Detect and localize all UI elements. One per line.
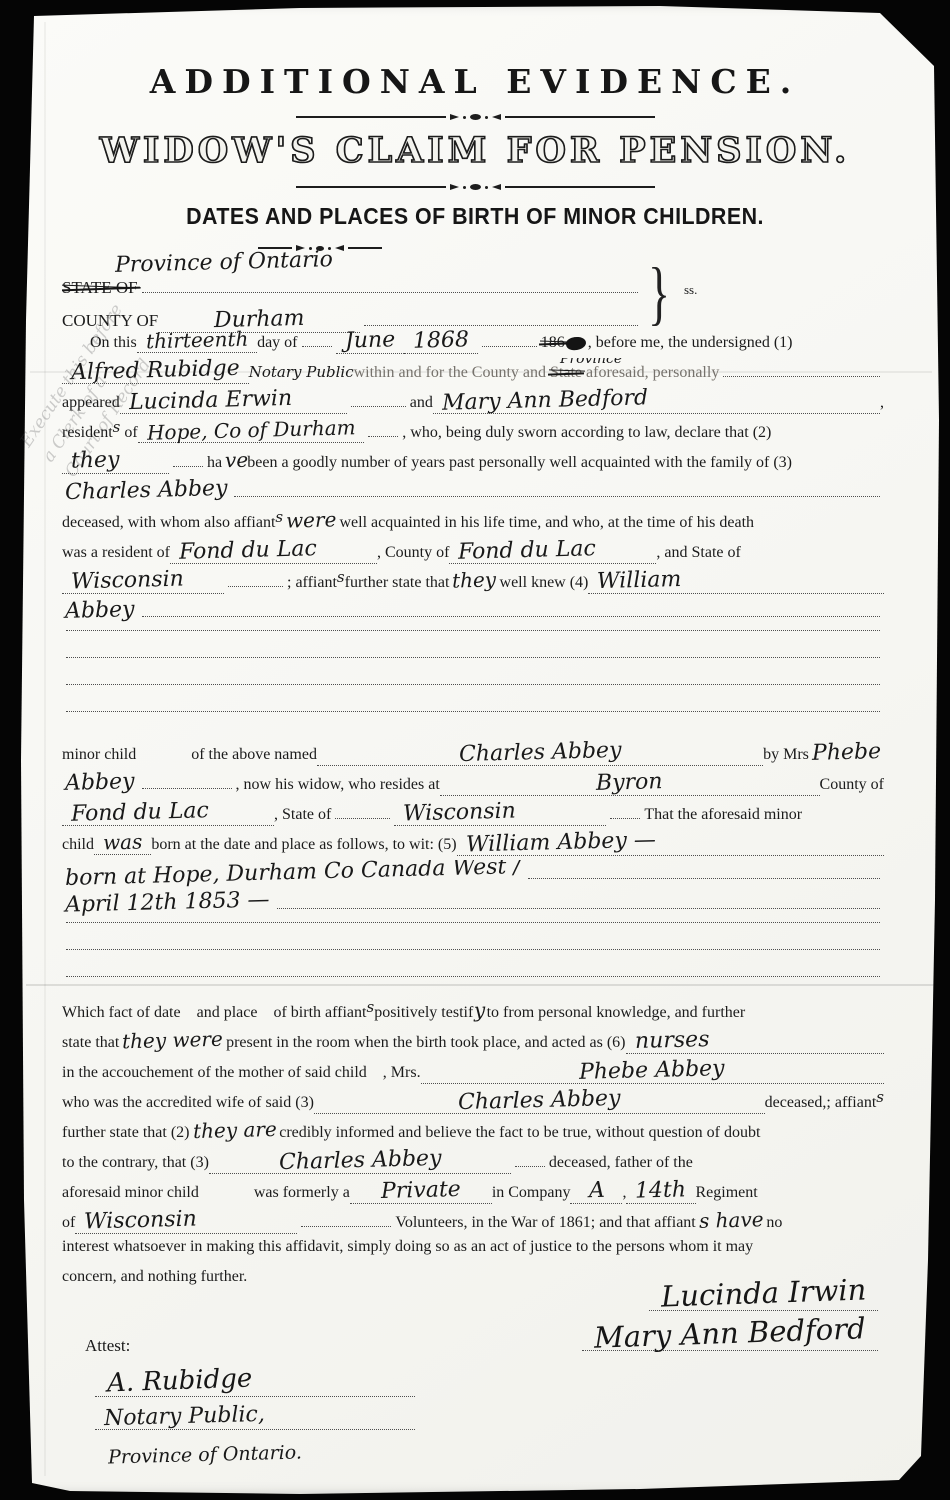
handwritten-entry: born at Hope, Durham Co Canada West / (62, 860, 524, 890)
handwritten-entry: Byron (593, 770, 666, 796)
handwritten-entry: Wisconsin (68, 568, 187, 595)
dotted-blank (66, 657, 880, 658)
printed-text: deceased,; affiant (765, 1094, 877, 1112)
printed-text: of (62, 1214, 75, 1232)
printed-text: concern, and nothing further. (62, 1268, 247, 1286)
handwritten-entry: Alfred Rubidge (68, 358, 243, 385)
handwritten-entry: s (366, 998, 374, 1016)
handwritten-entry: 14th (632, 1178, 690, 1204)
handwritten-entry: Fond du Lac (176, 538, 320, 565)
printed-text: resident (62, 424, 113, 442)
printed-text: minor child (62, 746, 136, 764)
printed-text: That the aforesaid minor (644, 806, 802, 824)
handwritten-entry: they (68, 448, 123, 474)
dotted-blank (302, 346, 332, 347)
handwritten-entry: Lucinda Erwin (125, 388, 295, 415)
dotted-blank (66, 684, 880, 685)
printed-text: in Company (492, 1184, 571, 1202)
handwritten-entry: Province (560, 358, 622, 367)
printed-text: further state that (345, 574, 450, 592)
printed-text: to from personal knowledge, and further (487, 1004, 746, 1022)
dotted-blank (66, 630, 880, 631)
handwritten-entry: Hope, Co of Durham (143, 418, 358, 445)
handwritten-entry: William Abbey — (462, 830, 658, 858)
printed-text: of (124, 424, 137, 442)
dotted-blank (66, 922, 880, 923)
dotted-blank (528, 878, 880, 879)
printed-text: , State of (274, 806, 331, 824)
printed-text: to the contrary, that (3) (62, 1154, 209, 1172)
handwritten-entry: ve (222, 448, 252, 472)
printed-text: Which fact of date (62, 1004, 181, 1022)
handwritten-entry: Fond du Lac (68, 800, 212, 827)
handwritten-entry: Charles Abbey (455, 1088, 624, 1115)
printed-text: in the accouchement of the mother of sai… (62, 1064, 367, 1082)
dotted-blank (66, 711, 880, 712)
printed-text: deceased, father of the (549, 1154, 693, 1172)
printed-text: County of (820, 776, 884, 794)
printed-text: appeared (62, 394, 120, 412)
printed-text: , County of (377, 544, 449, 562)
handwritten-entry: nurses (631, 1028, 712, 1054)
printed-text: day of (257, 334, 297, 352)
printed-text: Volunteers, in the War of 1861; and that… (395, 1214, 695, 1232)
printed-text: deceased, with whom also affiant (62, 514, 275, 532)
dotted-blank (142, 616, 880, 617)
handwritten-entry: Charles Abbey (275, 1148, 444, 1175)
printed-text: of the above named (191, 746, 317, 764)
handwritten-entry: they (449, 568, 500, 593)
handwritten-entry: Private (378, 1178, 464, 1204)
signature: Mary Ann Bedford (588, 1311, 873, 1355)
printed-text: present in the room when the birth took … (226, 1034, 625, 1052)
printed-text: ss. (684, 282, 697, 298)
notary-block: A. Rubidge Notary Public, Province of On… (95, 1366, 415, 1478)
handwritten-entry: thirteenth (142, 328, 251, 353)
handwritten-entry: Mary Ann Bedford (439, 388, 652, 416)
handwritten-entry: 1868 (409, 328, 472, 354)
printed-text: child (62, 836, 94, 854)
printed-text: further state that (2) (62, 1124, 190, 1142)
handwritten-entry: Province of Ontario. (105, 1444, 305, 1469)
printed-text: , before me, the undersigned (1) (588, 334, 793, 352)
fold-crease (44, 22, 46, 1476)
printed-text: , (880, 394, 884, 412)
handwritten-entry: they were (119, 1028, 226, 1053)
printed-text: and (410, 394, 433, 412)
signature: A. Rubidge (101, 1366, 259, 1399)
jurat-block: Province of Ontario STATE OF COUNTY OF D… (62, 250, 642, 338)
printed-text: by Mrs (763, 746, 809, 764)
handwritten-entry: Notary Public, (101, 1404, 268, 1431)
printed-text: STATE OF (62, 278, 138, 298)
dotted-blank (228, 586, 283, 587)
printed-text: credibly informed and believe the fact t… (279, 1124, 760, 1142)
divider-ornament (0, 114, 950, 120)
form-subtitle: WIDOW'S CLAIM FOR PENSION. (0, 130, 950, 171)
printed-text: , now his widow, who resides at (236, 776, 440, 794)
handwritten-entry: was (100, 830, 146, 855)
printed-text: and place (197, 1004, 258, 1022)
printed-text: Regiment (696, 1184, 758, 1202)
dotted-blank (723, 376, 880, 377)
dotted-blank (335, 818, 390, 819)
attest-label-block: Attest: (85, 1336, 130, 1356)
printed-text: been a goodly number of years past perso… (247, 454, 792, 472)
dotted-blank (234, 496, 880, 497)
affidavit-paragraph-3: Which fact of date and place of birth af… (62, 998, 884, 1298)
affidavit-paragraph-2: minor child of the above named Charles A… (62, 740, 884, 920)
printed-text: ha (207, 454, 222, 472)
handwritten-entry: s (876, 1088, 884, 1106)
dotted-blank (301, 1226, 391, 1227)
handwritten-entry: s have (695, 1208, 766, 1233)
printed-text: positively testif (374, 1004, 473, 1022)
dotted-blank (66, 976, 880, 977)
printed-text: interest whatsoever in making this affid… (62, 1238, 753, 1256)
affidavit-paragraph-1: On this thirteenth day of June 1868 186 … (62, 328, 884, 628)
brace: } (648, 251, 670, 333)
dotted-blank (277, 908, 880, 909)
handwritten-entry: Fond du Lac (455, 538, 599, 565)
blank-lines (62, 630, 884, 738)
printed-text: , who, being duly sworn according to law… (402, 424, 771, 442)
handwritten-entry: A (585, 1178, 608, 1203)
handwritten-entry: Wisconsin (400, 800, 519, 827)
printed-text: ; affiant (287, 574, 337, 592)
handwritten-entry: y (471, 998, 489, 1022)
signature-block: Lucinda Irwin Mary Ann Bedford (458, 1276, 878, 1356)
dotted-blank (364, 325, 638, 326)
ink-blot (565, 335, 587, 351)
printed-text: On this (90, 334, 137, 352)
dotted-blank (482, 346, 537, 347)
printed-text: no (766, 1214, 782, 1232)
handwritten-entry: were (283, 508, 340, 533)
printed-text: was a resident of (62, 544, 170, 562)
handwritten-entry: s (337, 568, 345, 586)
handwritten-entry: s (113, 418, 121, 436)
dotted-blank (351, 406, 406, 407)
dotted-blank (173, 466, 203, 467)
handwritten-entry: William (594, 568, 685, 594)
handwritten-entry: Wisconsin (81, 1208, 200, 1235)
printed-text: aforesaid minor child (62, 1184, 199, 1202)
printed-text: state that (62, 1034, 119, 1052)
printed-text: of birth affiant (273, 1004, 366, 1022)
dotted-blank (610, 818, 640, 819)
printed-text: , Mrs. (383, 1064, 421, 1082)
handwritten-entry: they are (189, 1118, 279, 1143)
blank-lines (62, 922, 884, 1003)
printed-text: was formerly a (254, 1184, 350, 1202)
section-heading: DATES AND PLACES OF BIRTH OF MINOR CHILD… (33, 203, 917, 230)
dotted-blank (142, 788, 232, 789)
printed-text: within and for the County and (354, 364, 546, 382)
printed-text: who was the accredited wife of said (3) (62, 1094, 314, 1112)
dotted-blank (368, 436, 398, 437)
handwritten-entry: April 12th 1853 — (62, 890, 273, 918)
handwritten-entry: Phebe Abbey (576, 1058, 728, 1085)
handwritten-entry: June (341, 328, 398, 354)
handwritten-entry: Abbey (62, 770, 138, 796)
printed-text: well acquainted in his life time, and wh… (339, 514, 754, 532)
printed-text: 186 (541, 334, 565, 352)
handwritten-entry: Notary Public (249, 363, 354, 381)
dotted-blank (142, 292, 638, 293)
printed-text: , and State of (656, 544, 740, 562)
dotted-blank (515, 1166, 545, 1167)
divider-ornament (0, 184, 950, 190)
document-photo: Execute this before a Clerk of a Court o… (0, 0, 950, 1500)
handwritten-entry: Province of Ontario (112, 250, 336, 278)
handwritten-entry: Phebe (809, 740, 884, 766)
handwritten-entry: Charles Abbey (455, 740, 624, 767)
form-title: ADDITIONAL EVIDENCE. (0, 62, 950, 101)
printed-text: Attest: (85, 1336, 130, 1355)
signature: Lucinda Irwin (654, 1272, 872, 1314)
dotted-blank (66, 949, 880, 950)
printed-text: born at the date and place as follows, t… (151, 836, 456, 854)
handwritten-entry: Abbey (62, 598, 138, 624)
handwritten-entry: Charles Abbey (62, 478, 231, 505)
printed-text: well knew (4) (500, 574, 589, 592)
